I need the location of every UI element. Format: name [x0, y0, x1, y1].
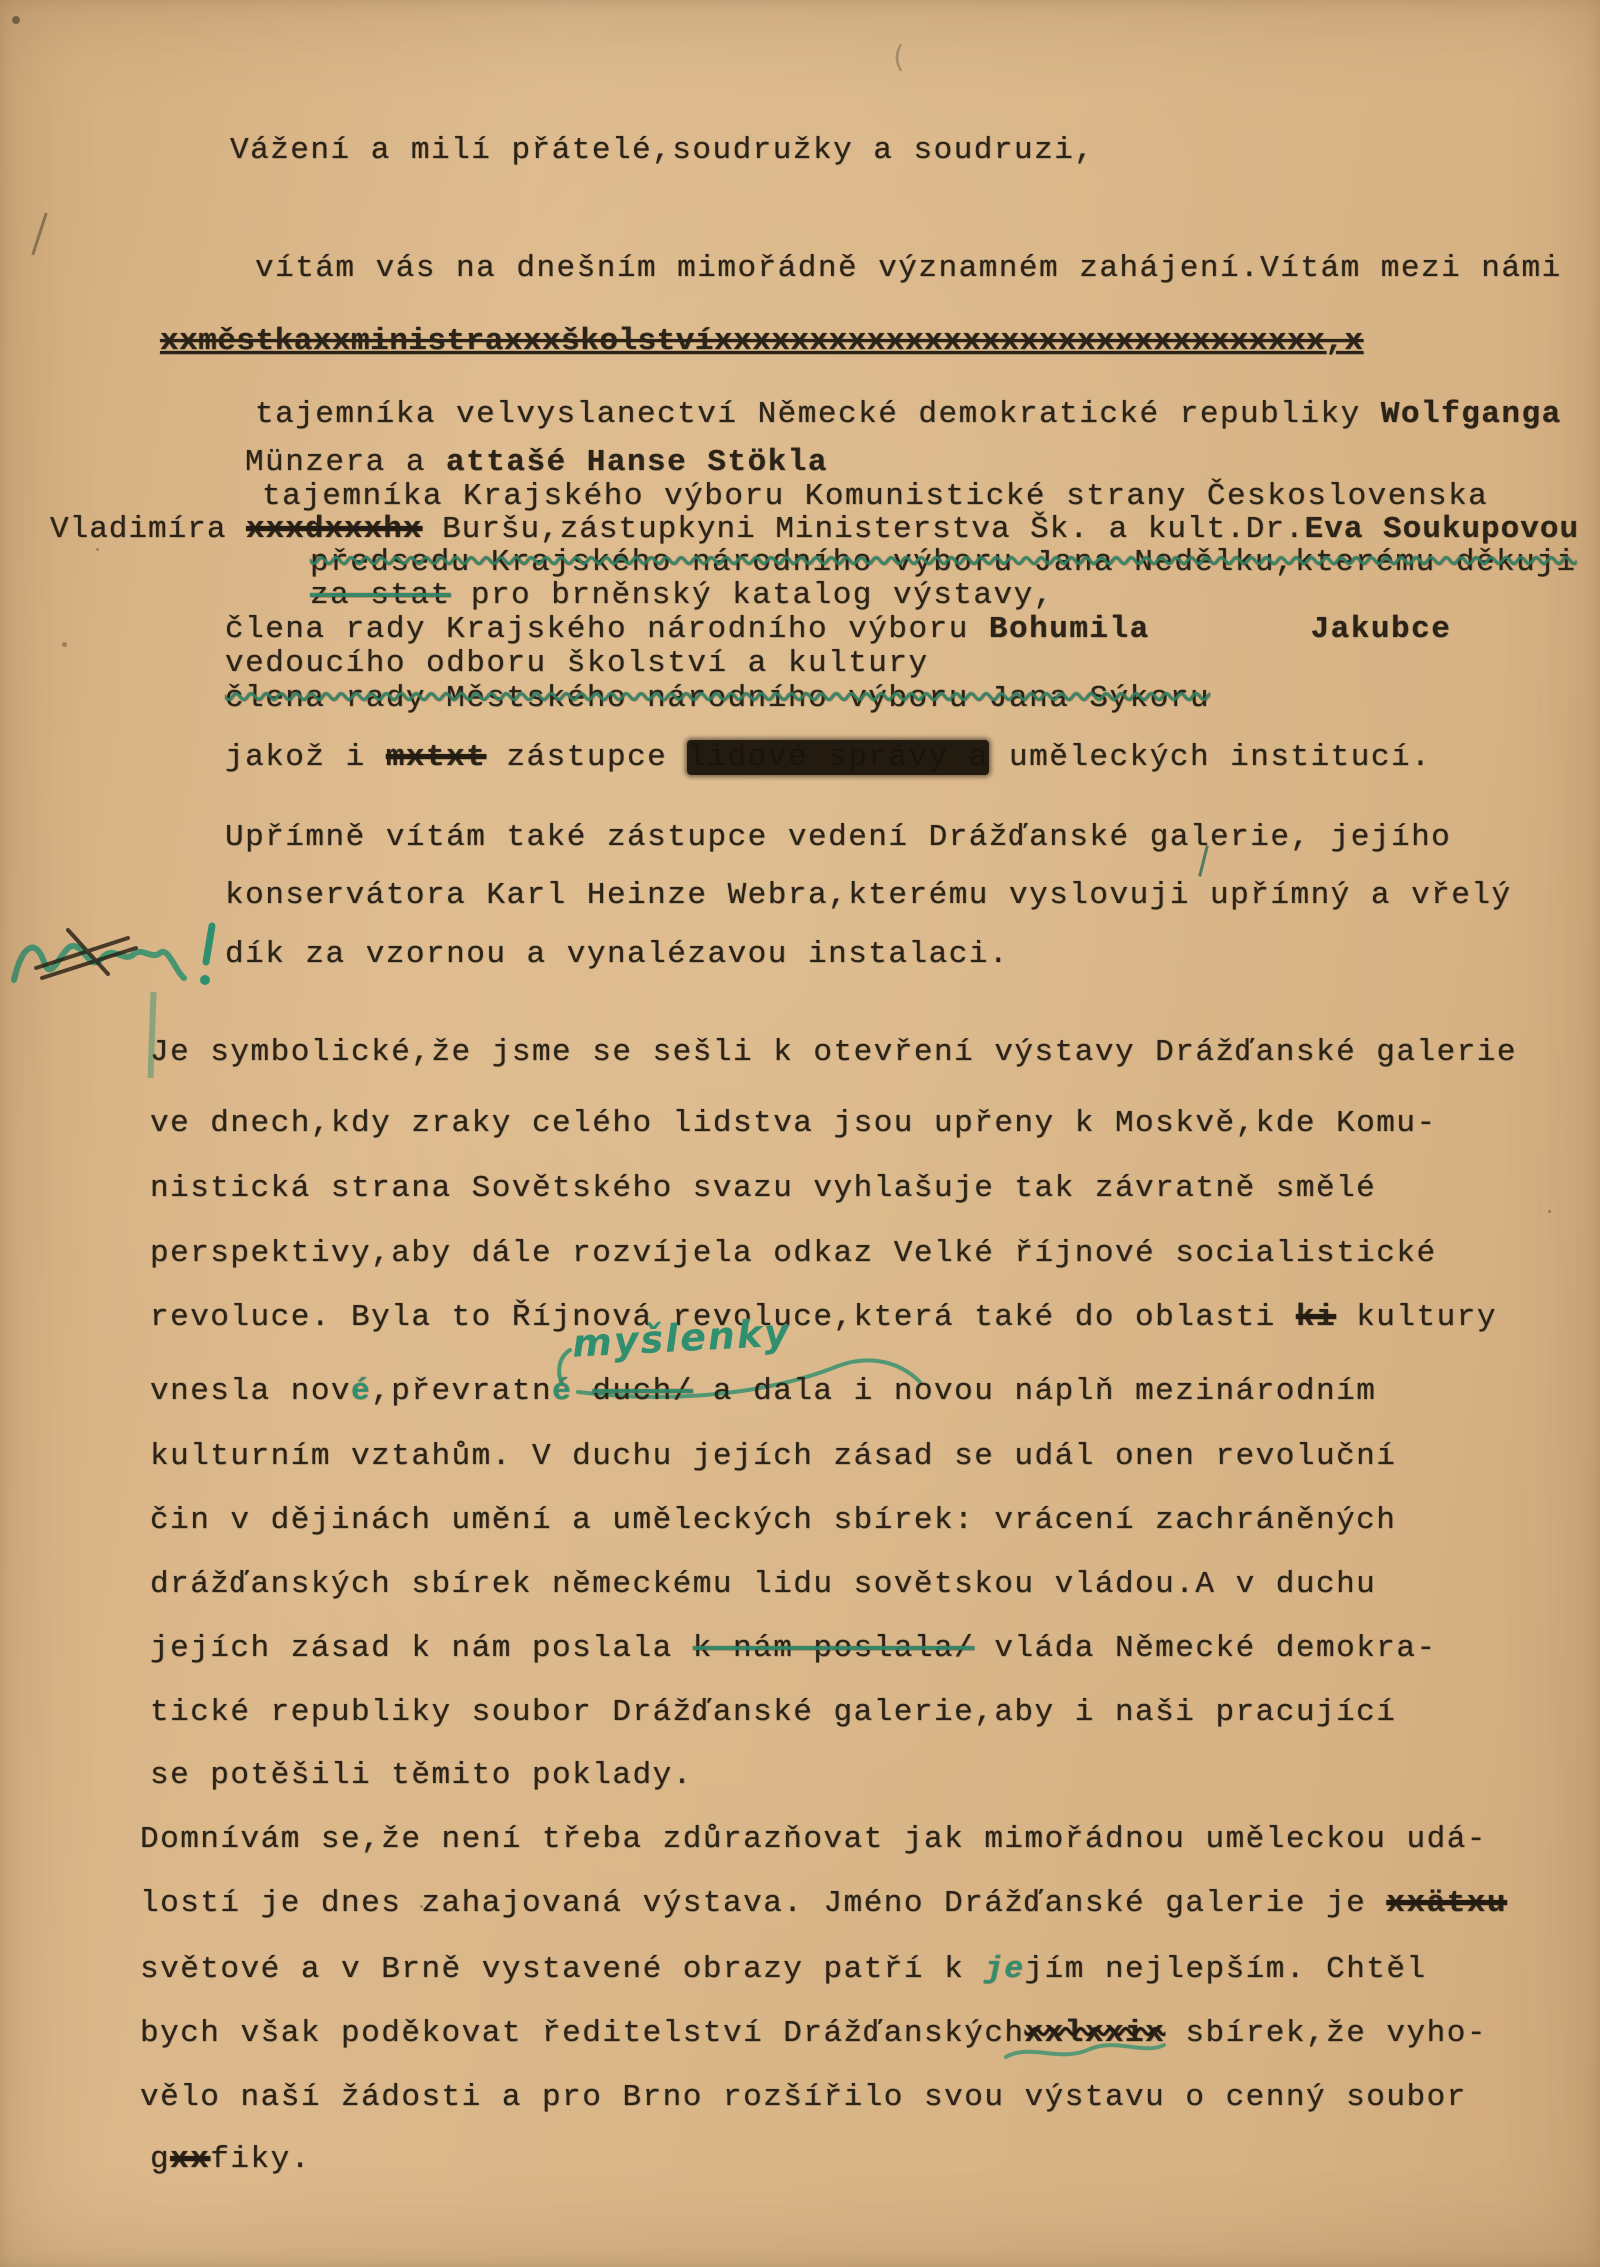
typed-line: kulturním vztahům. V duchu jejích zásad …: [150, 1441, 1396, 1472]
line-text: vnesla nov: [150, 1374, 351, 1409]
typed-line: drážďanských sbírek německému lidu sovět…: [150, 1569, 1376, 1600]
typed-line: Münzera a attašé Hanse Stökla: [245, 447, 828, 478]
line-text: jejích zásad k nám poslala: [150, 1631, 693, 1666]
pencil-paren-mark: (: [893, 40, 905, 75]
green-struck-text: duch/: [592, 1374, 693, 1409]
line-text: bych však poděkovat ředitelství Drážďans…: [140, 2016, 1025, 2051]
line-text: sbírek,že vyho-: [1165, 2016, 1487, 2051]
line-text: ,převratn: [371, 1374, 552, 1409]
green-struck-text: za stat: [310, 578, 451, 613]
typed-line: nistická strana Sovětského svazu vyhlašu…: [150, 1173, 1376, 1204]
line-text: Buršu,zástupkyni Ministerstva Šk. a kult…: [422, 512, 1304, 547]
line-text: člena rady Krajského národního výboru: [225, 612, 989, 647]
green-correction: je: [984, 1952, 1024, 1987]
line-text: lostí je dnes zahajovaná výstava. Jméno …: [140, 1886, 1386, 1921]
typed-line: za stat pro brněnský katalog výstavy,: [310, 580, 1054, 611]
line-text-bold: Jakubce: [1311, 612, 1452, 647]
line-text-bold: attašé Hanse Stökla: [446, 445, 828, 480]
overtyped-struck-word: xx: [170, 2142, 210, 2177]
typed-line-green-struck: předsedu Krajského národního výboru Jana…: [310, 547, 1577, 578]
typed-line: světové a v Brně vystavené obrazy patří …: [140, 1954, 1427, 1985]
typed-line: čin v dějinách umění a uměleckých sbírek…: [150, 1505, 1396, 1536]
overtyped-struck-word: mxtxt: [386, 740, 487, 775]
typed-line-salutation: Vážení a milí přátelé,soudružky a soudru…: [230, 135, 1094, 166]
typed-line: revoluce. Byla to Říjnová revoluce,která…: [150, 1302, 1497, 1333]
green-struck-text: k nám poslala/: [693, 1631, 974, 1666]
line-text: [1150, 612, 1311, 647]
typed-line: tické republiky soubor Drážďanské galeri…: [150, 1697, 1396, 1728]
typed-line: jakož i mxtxt zástupce lidové správy a u…: [225, 742, 1431, 773]
typed-line: gxxfiky.: [150, 2144, 311, 2175]
line-text: pro brněnský katalog výstavy,: [451, 578, 1054, 613]
typed-line: Je symbolické,že jsme se sešli k otevřen…: [150, 1037, 1517, 1068]
typed-line-green-struck: člena rady Městského národního výboru Ja…: [225, 683, 1210, 714]
line-text: jím nejlepším. Chtěl: [1025, 1952, 1427, 1987]
overtyped-struck-word: xxxdxxxhx: [246, 512, 422, 547]
line-text: kultury: [1336, 1300, 1497, 1335]
typed-line: vedoucího odboru školství a kultury: [225, 648, 929, 679]
typed-line: vítám vás na dnešním mimořádně významném…: [255, 253, 1562, 284]
typed-line: tajemníka velvyslanectví Německé demokra…: [255, 399, 1562, 430]
typed-line: se potěšili těmito poklady.: [150, 1760, 693, 1791]
line-text: zástupce: [486, 740, 687, 775]
line-text: vláda Německé demokra-: [974, 1631, 1436, 1666]
typed-line: Vladimíra xxxdxxxhx Buršu,zástupkyni Min…: [50, 514, 1579, 545]
typed-line: konservátora Karl Heinze Webra,kterému v…: [225, 880, 1512, 911]
margin-handwriting-scribble: [6, 900, 246, 1015]
typed-line-xed-out: xxměstkaxxministraxxxškolstvíxxxxxxxxxxx…: [160, 326, 1364, 357]
line-text: jakož i: [225, 740, 386, 775]
typed-line: ve dnech,kdy zraky celého lidstva jsou u…: [150, 1108, 1437, 1139]
scan-speck: [12, 16, 20, 24]
typed-line: tajemníka Krajského výboru Komunistické …: [262, 481, 1488, 512]
typed-line: Upřímně vítám také zástupce vedení Drážď…: [225, 822, 1451, 853]
green-scribble-over-word: [1000, 2035, 1170, 2069]
line-text: fiky.: [210, 2142, 311, 2177]
line-text: uměleckých institucí.: [989, 740, 1431, 775]
line-text: tajemníka velvyslanectví Německé demokra…: [255, 397, 1381, 432]
line-text: Vladimíra: [50, 512, 246, 547]
line-text: a dala i novou náplň mezinárodním: [693, 1374, 1377, 1409]
line-text-bold: Eva Soukupovou: [1305, 512, 1579, 547]
pen-slash-mark: [31, 213, 47, 256]
line-text: Münzera a: [245, 445, 446, 480]
overtyped-struck-word: xxätxu: [1386, 1886, 1507, 1921]
overtyped-struck-word: ki: [1296, 1300, 1336, 1335]
green-correction: é: [351, 1374, 371, 1409]
typed-line: dík za vzornou a vynalézavou instalaci.: [225, 939, 1009, 970]
green-correction: é: [552, 1374, 572, 1409]
line-text: [572, 1374, 592, 1409]
line-text: světové a v Brně vystavené obrazy patří …: [140, 1952, 984, 1987]
line-text-bold: Bohumila: [989, 612, 1150, 647]
typescript-page: ( Vážení a milí přátelé,soudružky a soud…: [0, 0, 1600, 2267]
line-text: g: [150, 2142, 170, 2177]
typed-line: vělo naší žádosti a pro Brno rozšířilo s…: [140, 2082, 1467, 2113]
typed-line: vnesla nové,převratné duch/ a dala i nov…: [150, 1376, 1376, 1407]
typed-line: bych však poděkovat ředitelství Drážďans…: [140, 2018, 1487, 2049]
typed-line: jejích zásad k nám poslala k nám poslala…: [150, 1633, 1437, 1664]
typed-line: perspektivy,aby dále rozvíjela odkaz Vel…: [150, 1238, 1437, 1269]
typed-line: člena rady Krajského národního výboru Bo…: [225, 614, 1451, 645]
typed-line: lostí je dnes zahajovaná výstava. Jméno …: [140, 1888, 1507, 1919]
typed-line: Domnívám se,že není třeba zdůrazňovat ja…: [140, 1824, 1487, 1855]
line-text-bold: Wolfganga: [1381, 397, 1562, 432]
redacted-text: lidové správy a: [687, 740, 989, 775]
